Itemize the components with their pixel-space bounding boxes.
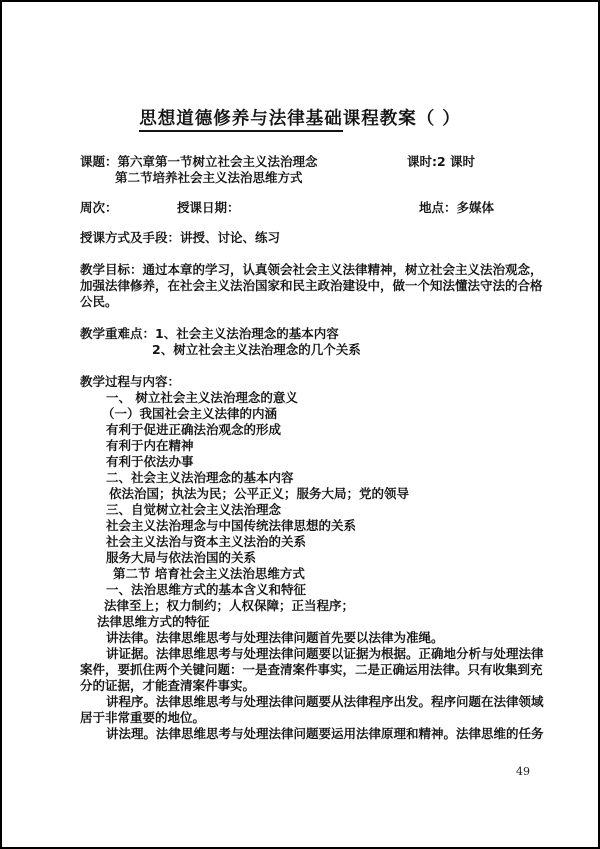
outline-line: 三、自觉树立社会主义法治理念 (80, 502, 550, 518)
date-label: 授课日期： (177, 200, 240, 216)
blank-line (80, 246, 550, 262)
objectives-line-1: 教学目标：通过本章的学习，认真领会社会主义法律精神，树立社会主义法治观念， (80, 262, 550, 278)
course-line2: 第二节培养社会主义法治思维方式 (115, 170, 303, 186)
paragraph-line: 讲证据。法律思维思考与处理法律问题要以证据为根据。正确地分析与处理法律 (80, 646, 550, 662)
blank-line (80, 358, 550, 374)
schedule-row: 周次： 授课日期： 地点：多媒体 (2, 200, 598, 216)
page-title-underlined: 思想道德修养与法律基础 (139, 109, 343, 132)
outline-line: 二、社会主义法治理念的基本内容 (80, 470, 550, 486)
blank-line (80, 310, 550, 326)
paragraph-line: 讲法律。法律思维思考与处理法律问题首先要以法律为准绳。 (80, 630, 550, 646)
outline-line: 法律至上；权力制约；人权保障；正当程序； (80, 598, 550, 614)
course-label: 课题： (80, 154, 118, 169)
course-line1: 第六章第一节树立社会主义法治理念 (118, 154, 318, 169)
outline-line: （一）我国社会主义法律的内涵 (80, 406, 550, 422)
paragraph-line: 分的证据，才能查清案件事实。 (80, 678, 550, 694)
paragraph-line: 居于非常重要的地位。 (80, 710, 550, 726)
page-title-rest: 课程教案（ ） (343, 109, 461, 129)
outline-line: 社会主义法治与资本主义法治的关系 (80, 534, 550, 550)
outline-line: 一、 树立社会主义法治理念的意义 (80, 390, 550, 406)
outline-line: 依法治国；执法为民；公平正义；服务大局；党的领导 (80, 486, 550, 502)
outline-line: 一、法治思维方式的基本含义和特征 (80, 582, 550, 598)
objectives-line-3: 公民。 (80, 294, 550, 310)
key-points-line-1: 教学重难点：1、社会主义法治理念的基本内容 (80, 326, 550, 342)
key-points-line-2: 2、树立社会主义法治理念的几个关系 (80, 342, 550, 358)
process-heading: 教学过程与内容： (80, 374, 550, 390)
page-number: 49 (516, 765, 530, 778)
document-page: 思想道德修养与法律基础课程教案（ ） 课题：第六章第一节树立社会主义法治理念 课… (0, 0, 600, 849)
paragraph-line: 讲法理。法律思维思考与处理法律问题要运用法律原理和精神。法律思维的任务 (80, 726, 550, 742)
objectives-line-2: 加强法律修养，在社会主义法治国家和民主政治建设中，做一个知法懂法守法的合格 (80, 278, 550, 294)
paragraph-line: 案件，要抓住两个关键问题：一是查清案件事实，二是正确运用法律。只有收集到充 (80, 662, 550, 678)
page-title: 思想道德修养与法律基础课程教案（ ） (2, 105, 598, 130)
course-row-2: 第二节培养社会主义法治思维方式 (2, 170, 598, 186)
paragraph-line: 讲程序。法律思维思考与处理法律问题要从法律程序出发。程序问题在法律领域 (80, 694, 550, 710)
outline-line: 法律思维方式的特征 (80, 614, 550, 630)
outline-line: 服务大局与依法治国的关系 (80, 550, 550, 566)
body-text: 授课方式及手段：讲授、讨论、练习 教学目标：通过本章的学习，认真领会社会主义法律… (80, 230, 550, 742)
week-label: 周次： (80, 200, 118, 216)
outline-line: 有利于内在精神 (80, 438, 550, 454)
course-row: 课题：第六章第一节树立社会主义法治理念 课时:2 课时 (2, 154, 598, 170)
section-2-heading: 第二节 培育社会主义法治思维方式 (80, 566, 550, 582)
class-hours: 课时:2 课时 (407, 154, 475, 170)
outline-line: 有利于促进正确法治观念的形成 (80, 422, 550, 438)
course-title-line: 课题：第六章第一节树立社会主义法治理念 (80, 154, 318, 170)
outline-line: 有利于依法办事 (80, 454, 550, 470)
teaching-method-line: 授课方式及手段：讲授、讨论、练习 (80, 230, 550, 246)
location-label: 地点：多媒体 (419, 200, 494, 216)
outline-line: 社会主义法治理念与中国传统法律思想的关系 (80, 518, 550, 534)
